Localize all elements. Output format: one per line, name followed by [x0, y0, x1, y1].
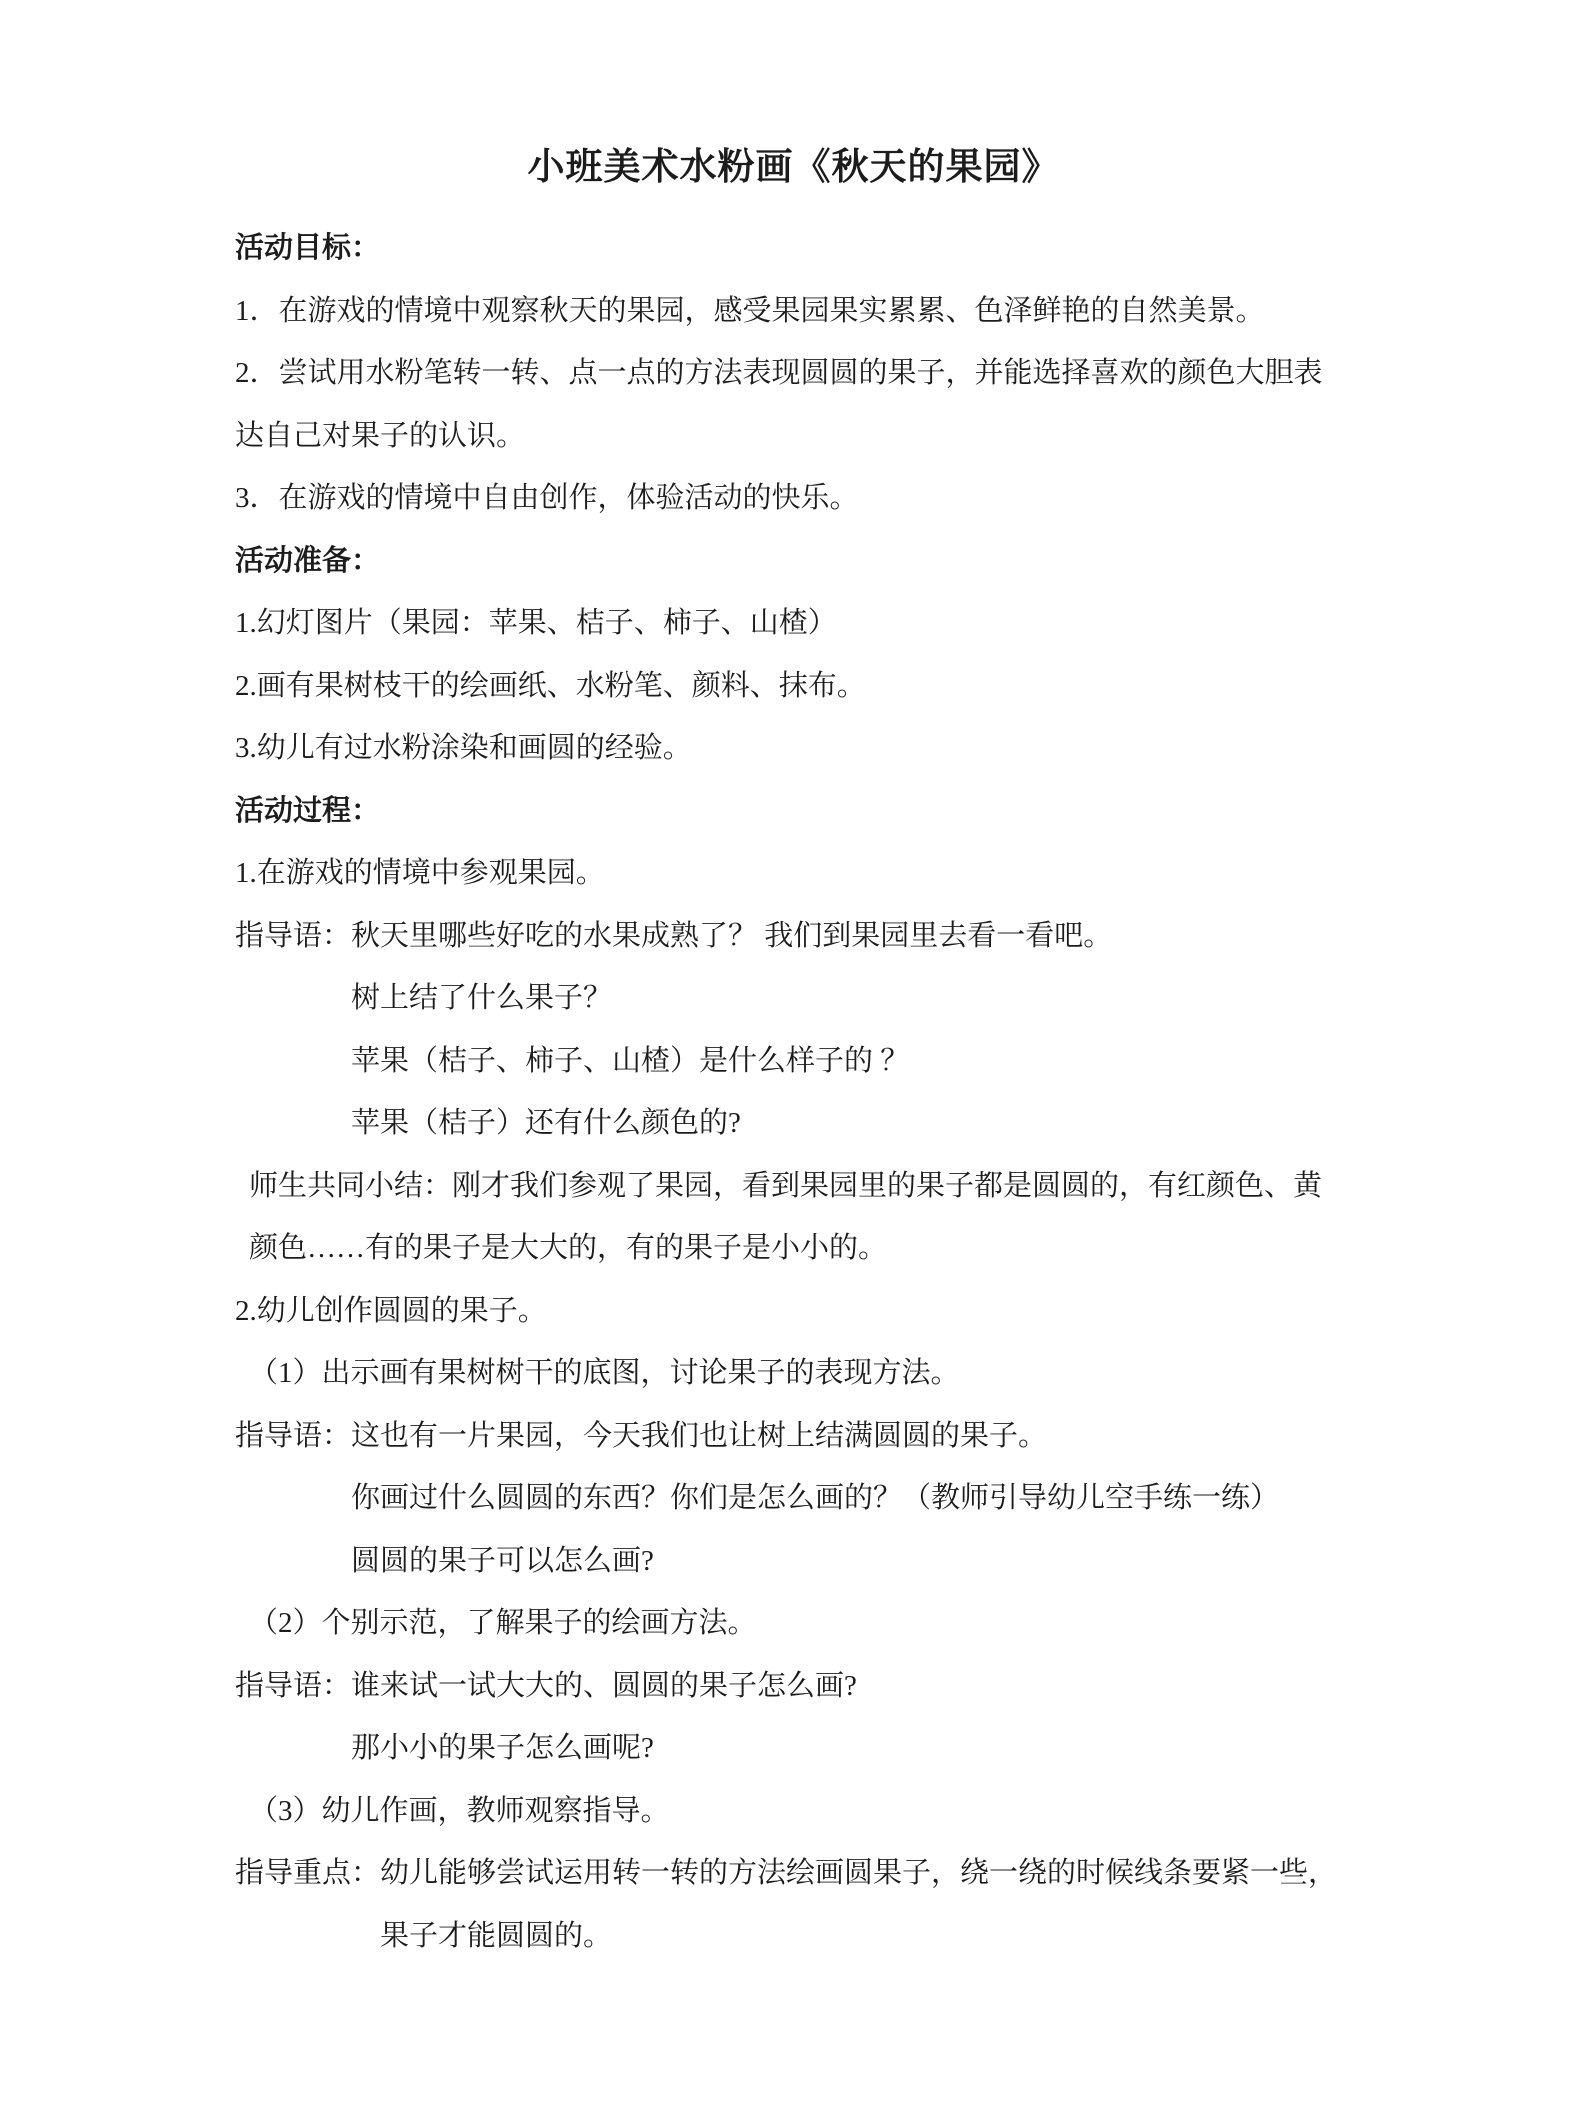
text-line: 3．在游戏的情境中自由创作，体验活动的快乐。: [235, 467, 1587, 530]
text-line: 2.幼儿创作圆圆的果子。: [235, 1280, 1587, 1343]
text-line: 活动过程：: [235, 780, 1587, 843]
text-line: 苹果（桔子）还有什么颜色的?: [235, 1092, 1587, 1155]
text-line: （2）个别示范，了解果子的绘画方法。: [235, 1592, 1587, 1655]
text-line: 指导重点：幼儿能够尝试运用转一转的方法绘画圆果子，绕一绕的时候线条要紧一些，: [235, 1842, 1587, 1905]
text-line: 师生共同小结：刚才我们参观了果园，看到果园里的果子都是圆圆的，有红颜色、黄: [235, 1155, 1587, 1218]
text-line: （3）幼儿作画，教师观察指导。: [235, 1780, 1587, 1843]
text-line: 你画过什么圆圆的东西？你们是怎么画的？（教师引导幼儿空手练一练）: [235, 1467, 1587, 1530]
text-line: 活动目标：: [235, 217, 1587, 280]
text-line: 2.画有果树枝干的绘画纸、水粉笔、颜料、抹布。: [235, 655, 1587, 718]
text-line: （1）出示画有果树树干的底图，讨论果子的表现方法。: [235, 1342, 1587, 1405]
document-body: 活动目标：1．在游戏的情境中观察秋天的果园，感受果园果实累累、色泽鲜艳的自然美景…: [235, 217, 1587, 1967]
text-line: 活动准备：: [235, 530, 1587, 593]
text-line: 1.幻灯图片（果园：苹果、桔子、柿子、山楂）: [235, 592, 1587, 655]
text-line: 圆圆的果子可以怎么画?: [235, 1530, 1587, 1593]
text-line: 指导语：秋天里哪些好吃的水果成熟了？ 我们到果园里去看一看吧。: [235, 905, 1587, 968]
text-line: 3.幼儿有过水粉涂染和画圆的经验。: [235, 717, 1587, 780]
text-line: 颜色……有的果子是大大的，有的果子是小小的。: [235, 1217, 1587, 1280]
document-page: 小班美术水粉画《秋天的果园》 活动目标：1．在游戏的情境中观察秋天的果园，感受果…: [0, 0, 1587, 2108]
text-line: 果子才能圆圆的。: [235, 1905, 1587, 1968]
text-line: 达自己对果子的认识。: [235, 405, 1587, 468]
text-line: 指导语：这也有一片果园，今天我们也让树上结满圆圆的果子。: [235, 1405, 1587, 1468]
text-line: 1．在游戏的情境中观察秋天的果园，感受果园果实累累、色泽鲜艳的自然美景。: [235, 280, 1587, 343]
document-title: 小班美术水粉画《秋天的果园》: [235, 140, 1352, 196]
text-line: 1.在游戏的情境中参观果园。: [235, 842, 1587, 905]
text-line: 那小小的果子怎么画呢?: [235, 1717, 1587, 1780]
text-line: 指导语：谁来试一试大大的、圆圆的果子怎么画?: [235, 1655, 1587, 1718]
text-line: 树上结了什么果子？: [235, 967, 1587, 1030]
text-line: 2．尝试用水粉笔转一转、点一点的方法表现圆圆的果子，并能选择喜欢的颜色大胆表: [235, 342, 1587, 405]
document-content: 小班美术水粉画《秋天的果园》 活动目标：1．在游戏的情境中观察秋天的果园，感受果…: [0, 0, 1587, 1967]
text-line: 苹果（桔子、柿子、山楂）是什么样子的 ？: [235, 1030, 1587, 1093]
